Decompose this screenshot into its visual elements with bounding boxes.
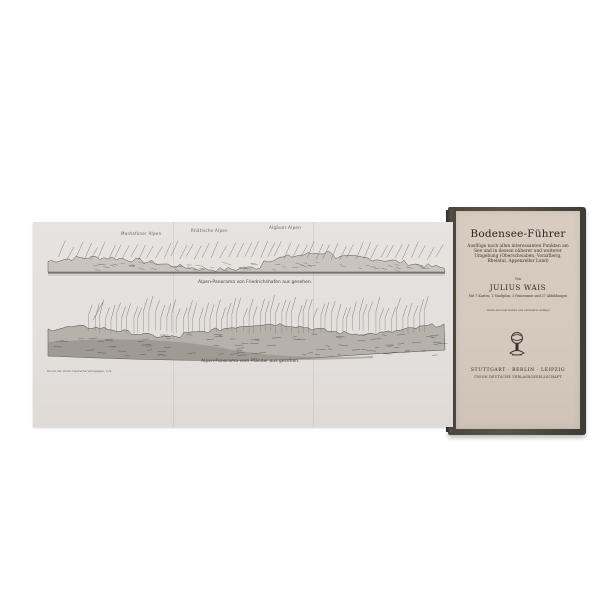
title-page: Bodensee-Führer Ausflüge nach allen inte… xyxy=(456,211,580,429)
edition-note: Vierte neu bearbeitete und vermehrte Auf… xyxy=(456,308,580,312)
book-title: Bodensee-Führer xyxy=(456,228,580,240)
book-subtitle: Ausflüge nach allen interessanten Punkte… xyxy=(464,244,572,264)
panorama-foldout-plate: Montafoner Alpen Rhätische Alpen Algäuer… xyxy=(33,222,453,427)
contents-note: Mit 7 Karten, 1 Stadtplan, 3 Panoramen u… xyxy=(466,294,570,298)
publication-place: STUTTGART · BERLIN · LEIPZIG xyxy=(456,368,580,373)
byline-von: Von xyxy=(456,277,580,281)
printer-note: Druck der Union Deutsche Verlagsges. in … xyxy=(47,369,112,373)
publisher-name: UNION DEUTSCHE VERLAGSGESELLSCHAFT xyxy=(456,375,580,379)
author-name: JULIUS WAIS xyxy=(456,283,580,292)
book-photo: Montafoner Alpen Rhätische Alpen Algäuer… xyxy=(0,0,600,600)
publisher-emblem-icon xyxy=(506,331,528,359)
lower-panorama-drawing xyxy=(33,222,453,427)
lower-panorama-caption: Alpen-Panorama vom Pfänder aus gesehen. xyxy=(201,359,300,364)
